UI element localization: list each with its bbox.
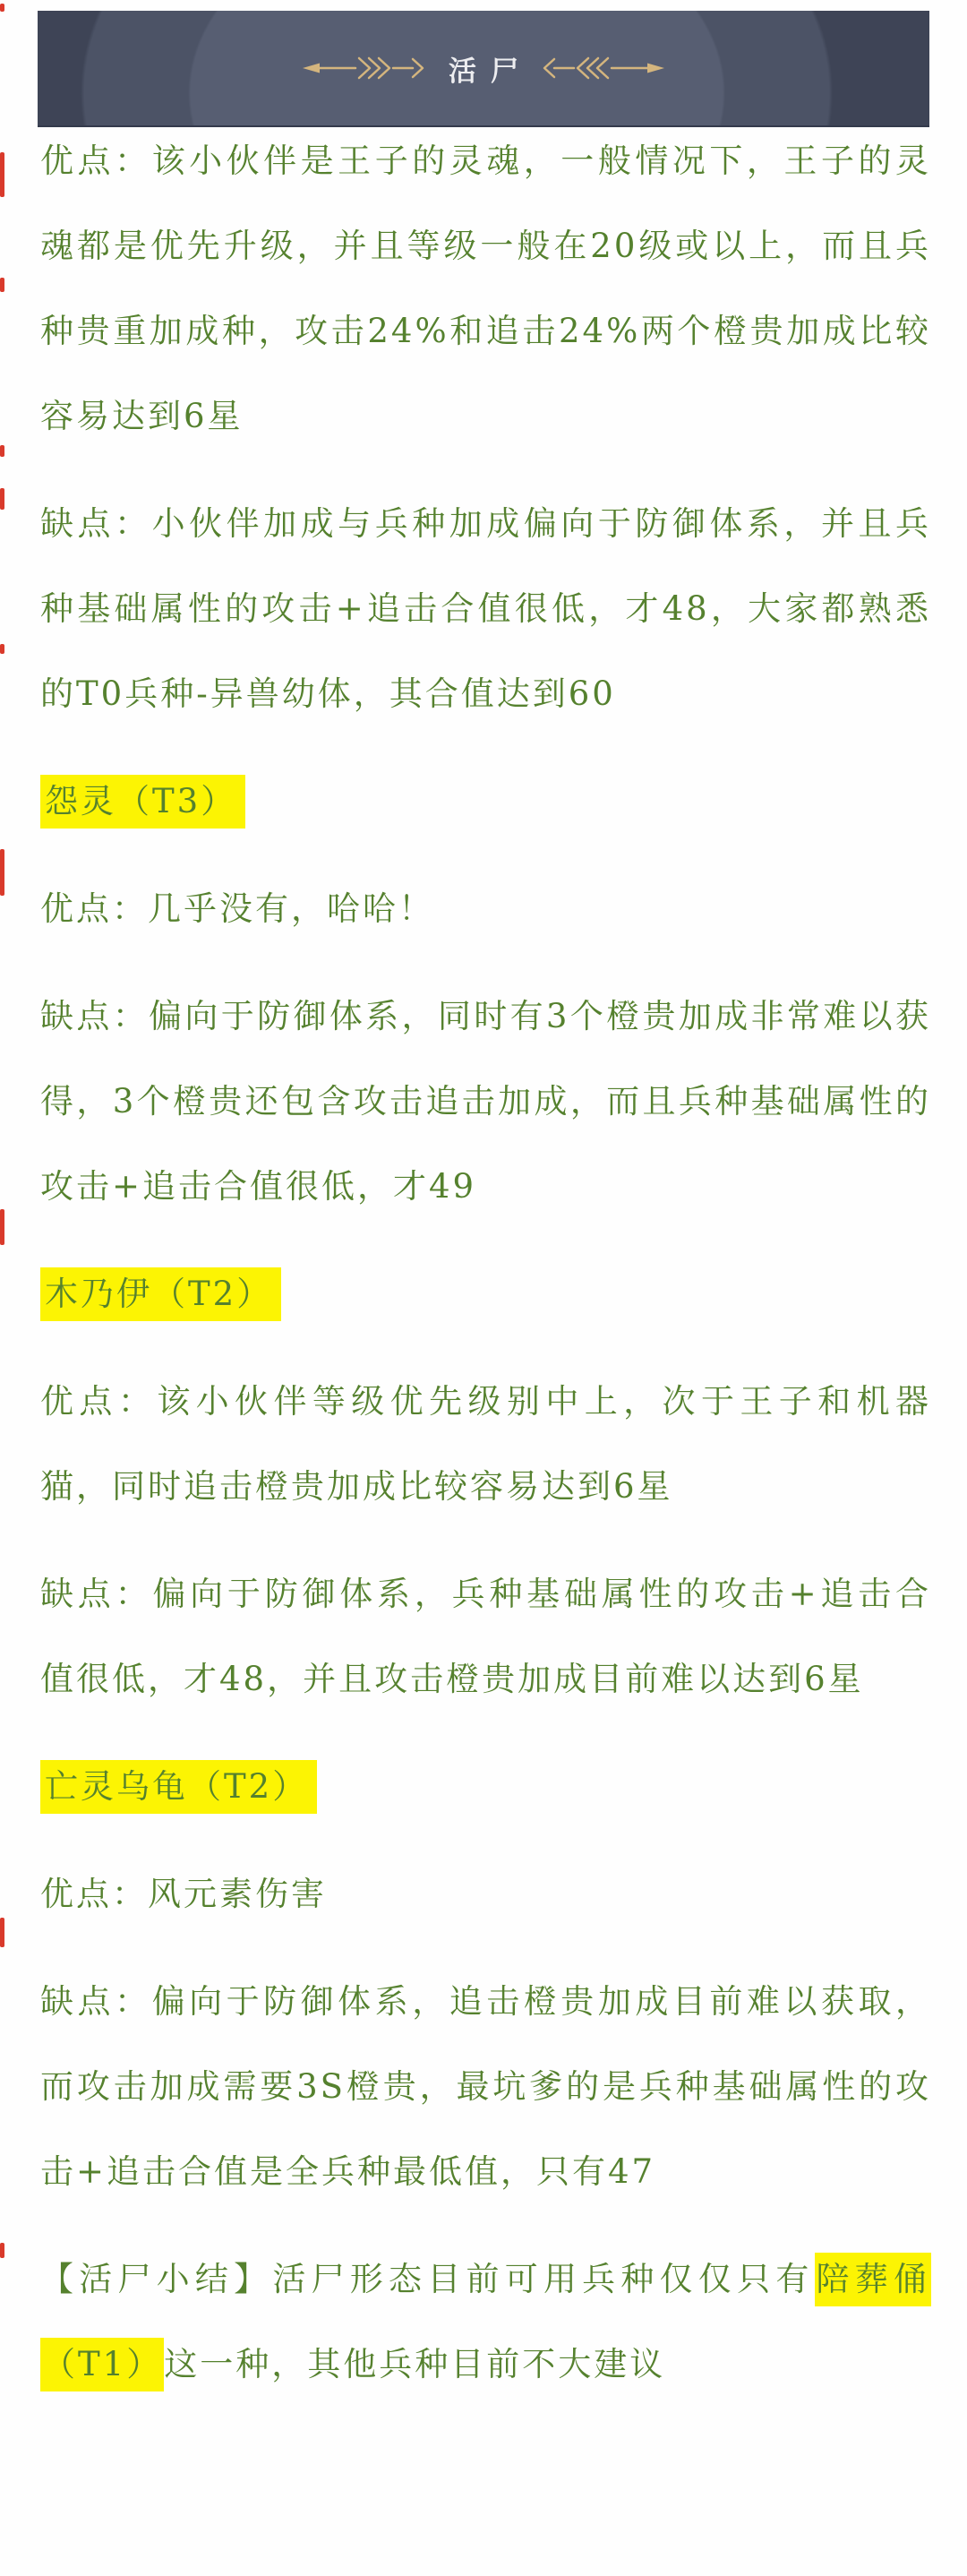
- paragraph-line: 种基础属性的攻击+追击合值很低，才48，大家都熟悉: [40, 566, 931, 651]
- red-edge-mark: [0, 4, 4, 12]
- paragraph-line: 猫，同时追击橙贵加成比较容易达到6星: [40, 1444, 931, 1529]
- section-heading-row: 亡灵乌龟（T2）: [40, 1744, 931, 1829]
- summary-text: 这一种，其他兵种目前不大建议: [164, 2345, 665, 2383]
- banner-title: 活尸: [434, 48, 533, 89]
- summary-line: （T1）这一种，其他兵种目前不大建议: [40, 2322, 931, 2407]
- paragraph-cons: 缺点：偏向于防御体系，同时有3个橙贵加成非常难以获 得，3个橙贵还包含攻击追击加…: [40, 974, 931, 1229]
- section-banner: 活尸: [38, 11, 929, 127]
- paragraph-line: 缺点：偏向于防御体系，兵种基础属性的攻击+追击合: [40, 1551, 931, 1636]
- red-edge-mark: [0, 1918, 4, 1947]
- paragraph-line: 击+追击合值是全兵种最低值，只有47: [40, 2129, 931, 2214]
- section-heading: 怨灵（T3）: [40, 775, 245, 829]
- paragraph-pros: 优点：几乎没有，哈哈！: [40, 866, 931, 951]
- article-page: { "banner": { "title": "活尸", "bg": "#3e4…: [0, 0, 967, 2576]
- summary-line: 【活尸小结】活尸形态目前可用兵种仅仅只有陪葬俑: [40, 2237, 931, 2322]
- paragraph-line: 优点：该小伙伴是王子的灵魂，一般情况下，王子的灵: [40, 118, 931, 203]
- paragraph-line: 魂都是优先升级，并且等级一般在20级或以上，而且兵: [40, 203, 931, 288]
- section-heading-row: 木乃伊（T2）: [40, 1251, 931, 1336]
- summary-text: 【活尸小结】活尸形态目前可用兵种仅仅只有: [40, 2260, 815, 2298]
- section-heading-row: 怨灵（T3）: [40, 759, 931, 844]
- summary-highlight: 陪葬俑: [815, 2253, 931, 2306]
- red-edge-mark: [0, 152, 4, 197]
- paragraph-line: 优点：该小伙伴等级优先级别中上，次于王子和机器: [40, 1359, 931, 1444]
- paragraph-line: 得，3个橙贵还包含攻击追击加成，而且兵种基础属性的: [40, 1059, 931, 1144]
- paragraph-line: 优点：风元素伤害: [40, 1851, 931, 1936]
- divider-arrow-right-icon: [542, 50, 667, 86]
- paragraph-line: 的T0兵种-异兽幼体，其合值达到60: [40, 651, 931, 736]
- paragraph-pros: 优点：该小伙伴等级优先级别中上，次于王子和机器 猫，同时追击橙贵加成比较容易达到…: [40, 1359, 931, 1529]
- banner-divider: 活尸: [300, 48, 667, 89]
- paragraph-line: 缺点：小伙伴加成与兵种加成偏向于防御体系，并且兵: [40, 481, 931, 566]
- paragraph-cons: 缺点：小伙伴加成与兵种加成偏向于防御体系，并且兵 种基础属性的攻击+追击合值很低…: [40, 481, 931, 736]
- paragraph-line: 值很低，才48，并且攻击橙贵加成目前难以达到6星: [40, 1636, 931, 1722]
- red-edge-mark: [0, 849, 4, 896]
- paragraph-line: 缺点：偏向于防御体系，同时有3个橙贵加成非常难以获: [40, 974, 931, 1059]
- paragraph-line: 优点：几乎没有，哈哈！: [40, 866, 931, 951]
- red-edge-mark: [0, 644, 4, 654]
- section-heading: 亡灵乌龟（T2）: [40, 1760, 317, 1814]
- summary-highlight: （T1）: [40, 2338, 164, 2391]
- red-edge-mark: [0, 1209, 4, 1245]
- paragraph-pros: 优点：该小伙伴是王子的灵魂，一般情况下，王子的灵 魂都是优先升级，并且等级一般在…: [40, 118, 931, 459]
- red-edge-mark: [0, 2243, 4, 2258]
- paragraph-cons: 缺点：偏向于防御体系，追击橙贵加成目前难以获取， 而攻击加成需要3S橙贵，最坑爹…: [40, 1959, 931, 2214]
- paragraph-pros: 优点：风元素伤害: [40, 1851, 931, 1936]
- red-edge-mark: [0, 445, 4, 457]
- summary-paragraph: 【活尸小结】活尸形态目前可用兵种仅仅只有陪葬俑 （T1）这一种，其他兵种目前不大…: [40, 2237, 931, 2407]
- article-body: 陪葬俑（T1） 优点：该小伙伴是王子的灵魂，一般情况下，王子的灵 魂都是优先升级…: [0, 0, 967, 2407]
- paragraph-line: 种贵重加成种，攻击24%和追击24%两个橙贵加成比较: [40, 288, 931, 374]
- paragraph-line: 容易达到6星: [40, 374, 931, 459]
- paragraph-line: 缺点：偏向于防御体系，追击橙贵加成目前难以获取，: [40, 1959, 931, 2044]
- paragraph-cons: 缺点：偏向于防御体系，兵种基础属性的攻击+追击合 值很低，才48，并且攻击橙贵加…: [40, 1551, 931, 1722]
- red-edge-mark: [0, 278, 4, 292]
- section-heading: 木乃伊（T2）: [40, 1267, 281, 1321]
- paragraph-line: 而攻击加成需要3S橙贵，最坑爹的是兵种基础属性的攻: [40, 2044, 931, 2129]
- paragraph-line: 攻击+追击合值很低，才49: [40, 1144, 931, 1229]
- red-edge-mark: [0, 488, 4, 510]
- divider-arrow-left-icon: [300, 50, 425, 86]
